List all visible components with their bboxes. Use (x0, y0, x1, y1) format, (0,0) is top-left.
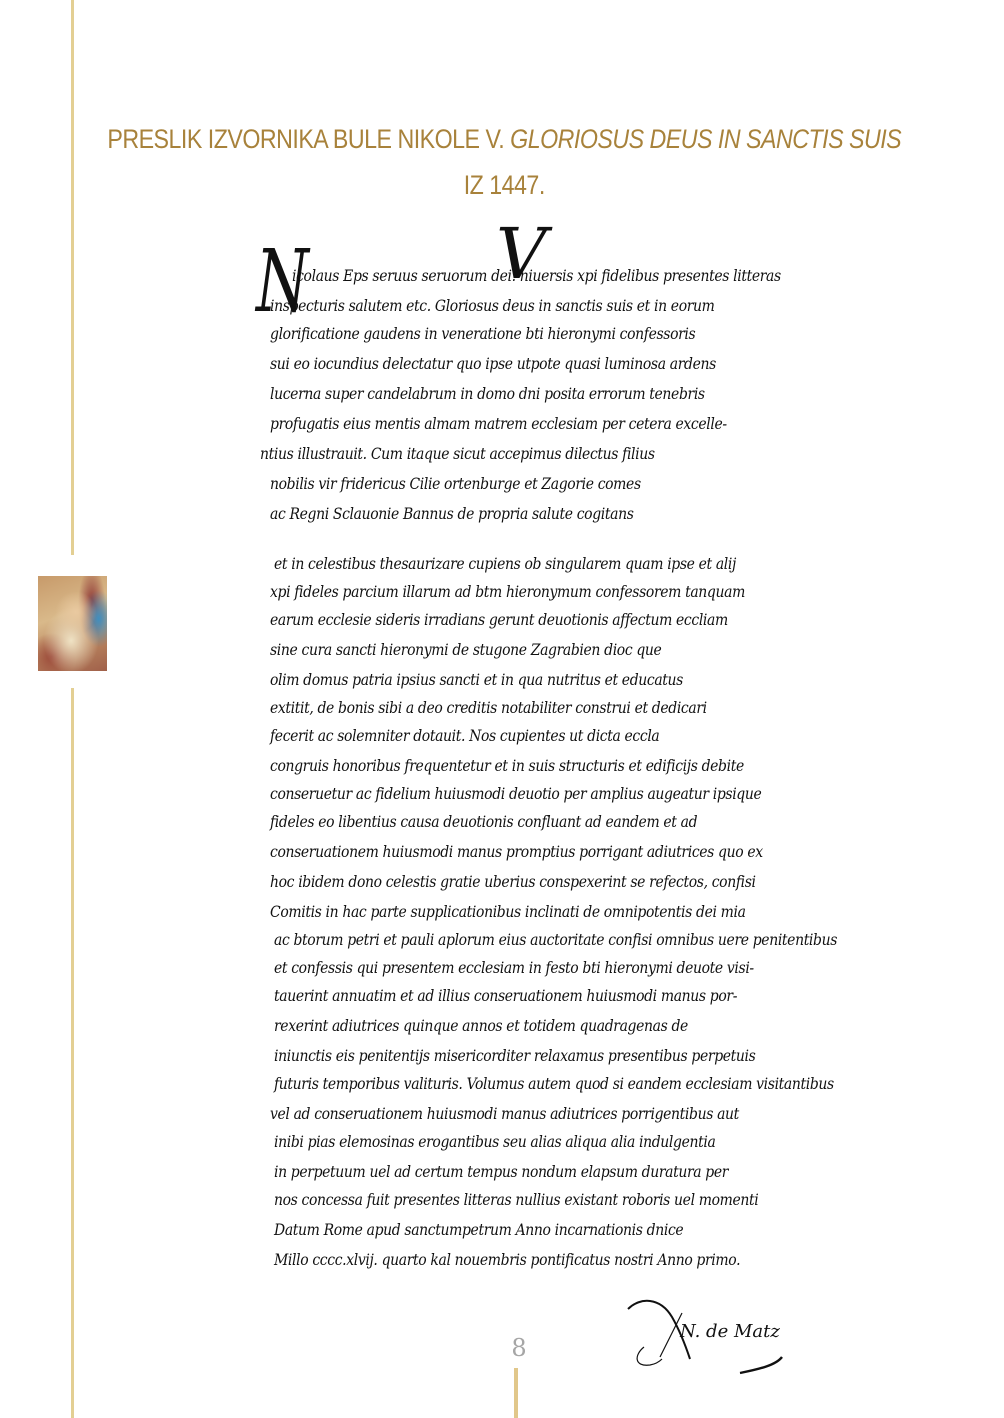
signature-text: N. de Matz (680, 1321, 780, 1342)
manuscript-line: in perpetuum uel ad certum tempus nondum… (274, 1163, 728, 1181)
manuscript-line: profugatis eius mentis almam matrem eccl… (270, 415, 727, 433)
manuscript-line: futuris temporibus valituris. Volumus au… (274, 1075, 834, 1093)
manuscript-line: inibi pias elemosinas erogantibus seu al… (274, 1133, 715, 1151)
manuscript-line: earum ecclesie sideris irradians gerunt … (270, 611, 728, 629)
manuscript-line: Comitis in hac parte supplicationibus in… (270, 903, 746, 921)
title-line-2: IZ 1447. (73, 162, 936, 208)
manuscript-line: inspecturis salutem etc. Gloriosus deus … (270, 297, 715, 315)
manuscript-line: conseruationem huiusmodi manus promptius… (270, 843, 763, 861)
signature: N. de Matz (620, 1295, 800, 1375)
page-number: 8 (508, 1334, 530, 1362)
left-rule-top (71, 0, 74, 555)
manuscript-line: nobilis vir fridericus Cilie ortenburge … (270, 475, 641, 493)
manuscript-line: et confessis qui presentem ecclesiam in … (274, 959, 754, 977)
manuscript-line: xpi fideles parcium illarum ad btm hiero… (270, 583, 745, 601)
manuscript-facsimile: N V icolaus Eps seruus seruorum dei. niu… (240, 225, 800, 1285)
manuscript-line: Millo cccc.xlvij. quarto kal nouembris p… (274, 1251, 740, 1269)
manuscript-line: extitit, de bonis sibi a deo creditis no… (270, 699, 707, 717)
manuscript-line: et in celestibus thesaurizare cupiens ob… (274, 555, 736, 573)
manuscript-line: vel ad conseruationem huiusmodi manus ad… (270, 1105, 739, 1123)
manuscript-line: glorificatione gaudens in veneratione bt… (270, 325, 695, 343)
left-rule-bottom (71, 688, 74, 1418)
manuscript-line: lucerna super candelabrum in domo dni po… (270, 385, 705, 403)
manuscript-line: sine cura sancti hieronymi de stugone Za… (270, 641, 661, 659)
manuscript-line: tauerint annuatim et ad illius conseruat… (274, 987, 737, 1005)
manuscript-line: Datum Rome apud sanctumpetrum Anno incar… (274, 1221, 683, 1239)
saint-portrait-thumbnail (38, 576, 107, 671)
page-title: PRESLIK IZVORNIKA BULE NIKOLE V. GLORIOS… (73, 116, 936, 208)
manuscript-line: ntius illustrauit. Cum itaque sicut acce… (260, 445, 655, 463)
title-line-1: PRESLIK IZVORNIKA BULE NIKOLE V. GLORIOS… (73, 116, 936, 162)
manuscript-line: ac btorum petri et pauli aplorum eius au… (274, 931, 837, 949)
manuscript-line: hoc ibidem dono celestis gratie uberius … (270, 873, 756, 891)
manuscript-line: sui eo iocundius delectatur quo ipse utp… (270, 355, 716, 373)
title-italic-part: GLORIOSUS DEUS IN SANCTIS SUIS (510, 124, 901, 154)
manuscript-line: congruis honoribus frequentetur et in su… (270, 757, 744, 775)
manuscript-line: icolaus Eps seruus seruorum dei. niuersi… (292, 267, 781, 285)
manuscript-line: conseruetur ac fidelium huiusmodi deuoti… (270, 785, 761, 803)
manuscript-line: nos concessa fuit presentes litteras nul… (274, 1191, 758, 1209)
manuscript-line: iniunctis eis penitentijs misericorditer… (274, 1047, 755, 1065)
manuscript-line: rexerint adiutrices quinque annos et tot… (274, 1017, 688, 1035)
page-number-bar (514, 1368, 518, 1418)
manuscript-line: olim domus patria ipsius sancti et in qu… (270, 671, 683, 689)
manuscript-line: fideles eo libentius causa deuotionis co… (270, 813, 697, 831)
manuscript-line: fecerit ac solemniter dotauit. Nos cupie… (270, 727, 659, 745)
manuscript-line: ac Regni Sclauonie Bannus de propria sal… (270, 505, 634, 523)
